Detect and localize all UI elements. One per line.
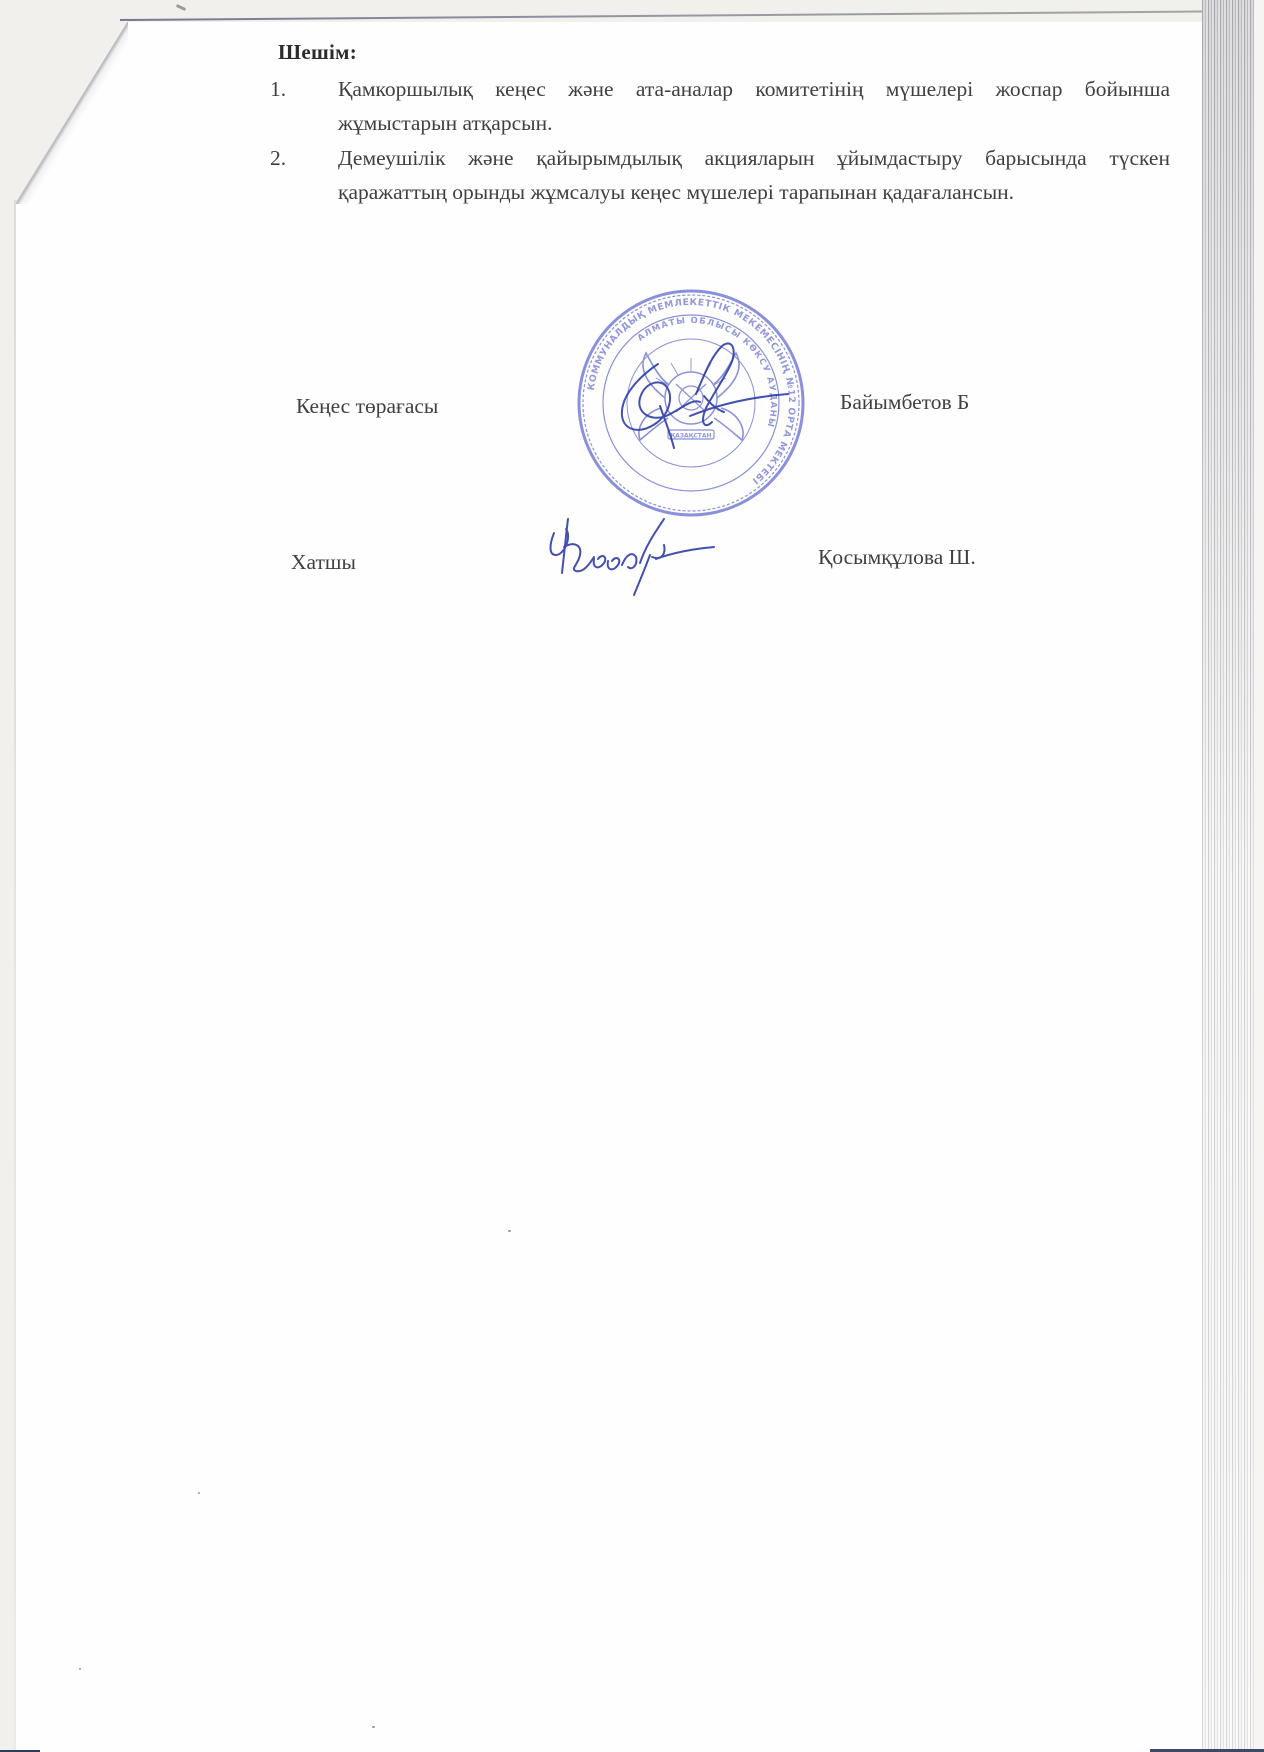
decision-heading: Шешім: xyxy=(278,40,357,65)
decision-number: 1. xyxy=(270,72,286,106)
scan-speck xyxy=(176,4,186,11)
decision-item: 1. Қамкоршылық кеңес және ата-аналар ком… xyxy=(270,72,1170,140)
decision-number: 2. xyxy=(270,141,286,175)
page-top-edge xyxy=(120,11,1202,21)
chair-signature-icon xyxy=(600,336,790,456)
secretary-label: Хатшы xyxy=(291,550,356,575)
decision-list: 1. Қамкоршылық кеңес және ата-аналар ком… xyxy=(270,72,1170,210)
decision-item: 2. Демеушілік және қайырымдылық акциялар… xyxy=(270,141,1170,209)
folded-corner-shadow xyxy=(16,22,128,204)
chair-name: Байымбетов Б xyxy=(840,390,969,415)
decision-text: Қамкоршылық кеңес және ата-аналар комите… xyxy=(338,77,1170,135)
scan-speck xyxy=(79,1668,81,1670)
decision-text: Демеушілік және қайырымдылық акцияларын … xyxy=(338,146,1170,204)
secretary-signature-icon xyxy=(536,515,716,597)
scan-speck xyxy=(508,1230,511,1232)
scan-margin xyxy=(1254,0,1264,1752)
secretary-name: Қосымқұлова Ш. xyxy=(818,545,976,570)
scanned-document: Шешім: 1. Қамкоршылық кеңес және ата-ана… xyxy=(0,0,1264,1752)
document-page xyxy=(16,22,1202,1752)
scan-speck xyxy=(372,1726,375,1728)
chair-label: Кеңес төрағасы xyxy=(296,394,438,419)
scan-speck xyxy=(198,1492,200,1494)
